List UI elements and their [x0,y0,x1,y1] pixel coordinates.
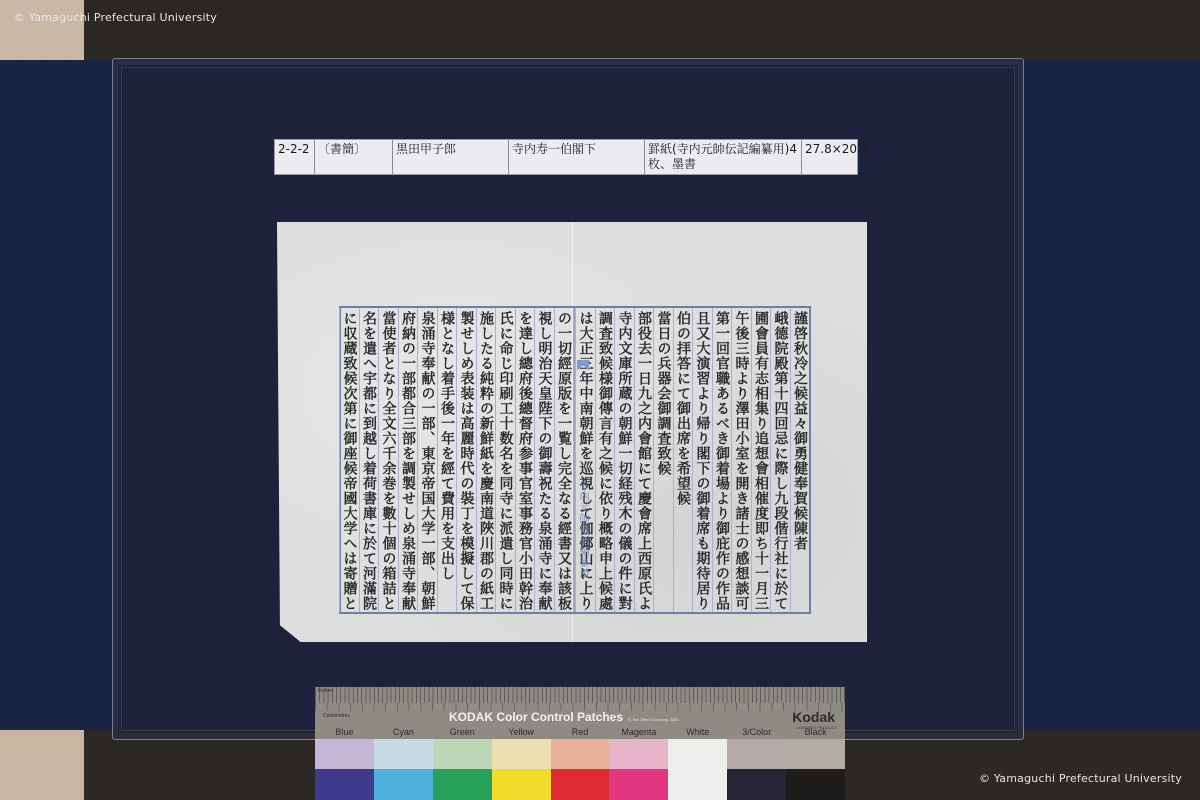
ruler-inch-ticks [315,687,845,703]
ruled-frame: 謹啓秋冷之候益々御勇健奉賀候陳者 峨德院殿第十四回忌に際し九段偕行社に於て櫻 圃… [339,306,811,614]
catalog-size: 27.8×20.2 [802,140,857,174]
color-patch [551,769,610,800]
letter-column: 當日の兵器会御調査致候 [653,308,673,612]
color-patch [786,769,845,800]
letter-column: の一切經原版を一覧し完全なる經書又は該板 [554,308,574,612]
color-patch [492,769,551,800]
color-patch [374,739,433,769]
catalog-sender: 黒田甲子郎 [393,140,509,174]
center-gutter: 寺内元帥傳記編纂用 [573,308,575,612]
catalog-description: 罫紙(寺内元帥伝記編纂用)4枚、墨書 [645,140,802,174]
letter-column: 様となし着手後一年を經て費用を支出し [437,308,457,612]
patch-row-dark [315,769,845,800]
patch-name: Magenta [609,727,668,737]
color-patch [727,769,786,800]
letter-column: 寺内文庫所蔵の朝鮮一切経残木の儀の件に對し [614,308,634,612]
kodak-ruler: Inches Centimetres KODAK Color Control P… [315,687,845,739]
patch-name: Green [433,727,492,737]
color-patch [551,739,610,769]
background-board-top-left [0,0,84,60]
ruler-units-inches: Inches [318,688,333,694]
letter-column: 當使者となり全文六千余巻を數十個の箱詰となし唐櫃 [378,308,398,612]
letter-column: 名を遣へ宇都に到越し着荷書庫に於て河滿院室 [359,308,379,612]
letter-column: 製せしめ表装は高麗時代の裝丁を模擬して保存 [456,308,476,612]
color-patch [315,739,374,769]
kodak-copyright: © The Tiffen Company, 2000 [628,717,679,722]
catalog-label: 2-2-2 〔書簡〕 黒田甲子郎 寺内寿一伯閣下 罫紙(寺内元帥伝記編纂用)4枚… [274,139,858,175]
letter-column: 府納の一部都合三部を調製せしめ泉涌寺奉献のは [398,308,418,612]
letter-column: 調査致候様御傳言有之候に依り概略申上候處 [595,308,615,612]
patch-names: Blue Cyan Green Yellow Red Magenta White… [315,727,845,737]
patch-name: 3/Color [727,727,786,737]
gutter-stamp: 寺内元帥傳記編纂用 [575,480,590,579]
color-patch [668,769,727,800]
letter-column: 午後三時より澤田小室を開き諸士の感想談可有之 [731,308,751,612]
letter-column: 謹啓秋冷之候益々御勇健奉賀候陳者 [790,308,810,612]
catalog-recipient: 寺内寿一伯閣下 [509,140,645,174]
color-patch [315,769,374,800]
color-patch [668,739,727,769]
patch-name: Black [786,727,845,737]
letter-column: 施したる純粋の新鮮紙を慶南道陜川郡の紙工に命じて漉 [476,308,496,612]
letter-sheet: 謹啓秋冷之候益々御勇健奉賀候陳者 峨德院殿第十四回忌に際し九段偕行社に於て櫻 圃… [277,222,867,642]
kodak-logo: Kodak [792,709,835,725]
right-half-columns: 謹啓秋冷之候益々御勇健奉賀候陳者 峨德院殿第十四回忌に際し九段偕行社に於て櫻 圃… [575,308,809,612]
letter-column: 氏に命じ印刷工十数名を同寺に派遣し同時に防虫劑を [495,308,515,612]
catalog-id: 2-2-2 [275,140,315,174]
color-patch [609,739,668,769]
letter-column: 伯の拝答にて御出席を希望候 [673,308,693,612]
catalog-type: 〔書簡〕 [315,140,393,174]
patch-row-light [315,739,845,769]
letter-column: に収蔵致候次第に御座候帝國大学へは寄贈として郵送便 [339,308,359,612]
kodak-color-control-strip: Inches Centimetres KODAK Color Control P… [315,687,845,800]
color-patch [433,739,492,769]
kodak-title: KODAK Color Control Patches [449,710,623,724]
color-patch [374,769,433,800]
ruler-units-centimetres: Centimetres [323,713,350,719]
letter-column: 且又大演習より帰り閣下の御着席も期待居り候也 [692,308,712,612]
color-patch [492,739,551,769]
letter-column: 泉涌寺奉献の一部、東京帝国大学一部、朝鮮総督 [417,308,437,612]
patch-name: Yellow [492,727,551,737]
left-half-columns: の一切經原版を一覧し完全なる經書又は該板 視し明治天皇陛下の御壽祝たる泉涌寺に奉… [339,308,573,612]
patch-name: Cyan [374,727,433,737]
patch-name: Red [551,727,610,737]
letter-column: 部役去一日九之内會館にて慶會席上西原氏より [634,308,654,612]
color-patch [433,769,492,800]
patch-name: Blue [315,727,374,737]
copyright-watermark-top: © Yamaguchi Prefectural University [14,11,217,24]
color-patch [609,769,668,800]
letter-column: を達し總府後總督府参事官室事務官小田幹治郎 [515,308,535,612]
color-patch [727,739,786,769]
patch-name: White [668,727,727,737]
color-patch [786,739,845,769]
copyright-watermark-bottom: © Yamaguchi Prefectural University [979,772,1182,785]
letter-column: 圃會員有志相集り追想會相催度即ち十一月三日 [751,308,771,612]
letter-column: 第一回官職あるべき御着場より御庇作の作品にも有之 [712,308,732,612]
background-board-top [84,0,1200,60]
letter-column: 視し明治天皇陛下の御壽祝たる泉涌寺に奉献の意 [534,308,554,612]
letter-column: 峨德院殿第十四回忌に際し九段偕行社に於て櫻 [770,308,790,612]
background-board-bottom-left [0,730,84,800]
